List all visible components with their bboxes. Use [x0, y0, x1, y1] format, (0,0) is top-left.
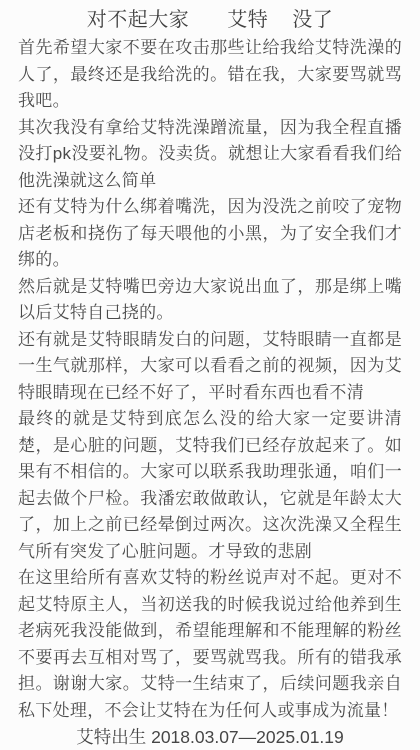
paragraph-cause-of-death: 最终的就是艾特到底怎么没的给大家一定要讲清楚，是心脏的问题，艾特我们已经存放起来… [18, 406, 402, 565]
paragraph-muzzle-reason: 还有艾特为什么绑着嘴洗，因为没洗之前咬了宠物店老板和挠伤了每天喂他的小黑，为了安… [18, 194, 402, 274]
paragraph-mouth-bleeding: 然后就是艾特嘴巴旁边大家说出血了，那是绑上嘴以后艾特自己挠的。 [18, 274, 402, 327]
paragraph-no-clout-chasing: 其次我没有拿给艾特洗澡蹭流量，因为我全程直播没打pk没要礼物。没卖货。就想让大家… [18, 115, 402, 195]
paragraph-bathing-blame: 首先希望大家不要在攻击那些让给我给艾特洗澡的人了，最终还是我给洗的。错在我，大家… [18, 35, 402, 115]
post-title-part-2: 艾特 [227, 5, 268, 35]
post-title-part-3: 没了 [292, 5, 333, 35]
paragraph-final-apology: 在这里给所有喜欢艾特的粉丝说声对不起。更对不起艾特原主人，当初送我的时候我说过给… [18, 565, 402, 724]
post-title: 对不起大家 艾特 没了 [18, 5, 402, 35]
paragraph-white-eyes: 还有就是艾特眼睛发白的问题，艾特眼睛一直都是一生气就那样，大家可以看看之前的视频… [18, 327, 402, 407]
post-title-part-1: 对不起大家 [87, 5, 190, 35]
apology-post: 对不起大家 艾特 没了 首先希望大家不要在攻击那些让给我给艾特洗澡的人了，最终还… [0, 0, 420, 750]
birth-death-dates: 艾特出生 2018.03.07—2025.01.19 [18, 724, 402, 750]
